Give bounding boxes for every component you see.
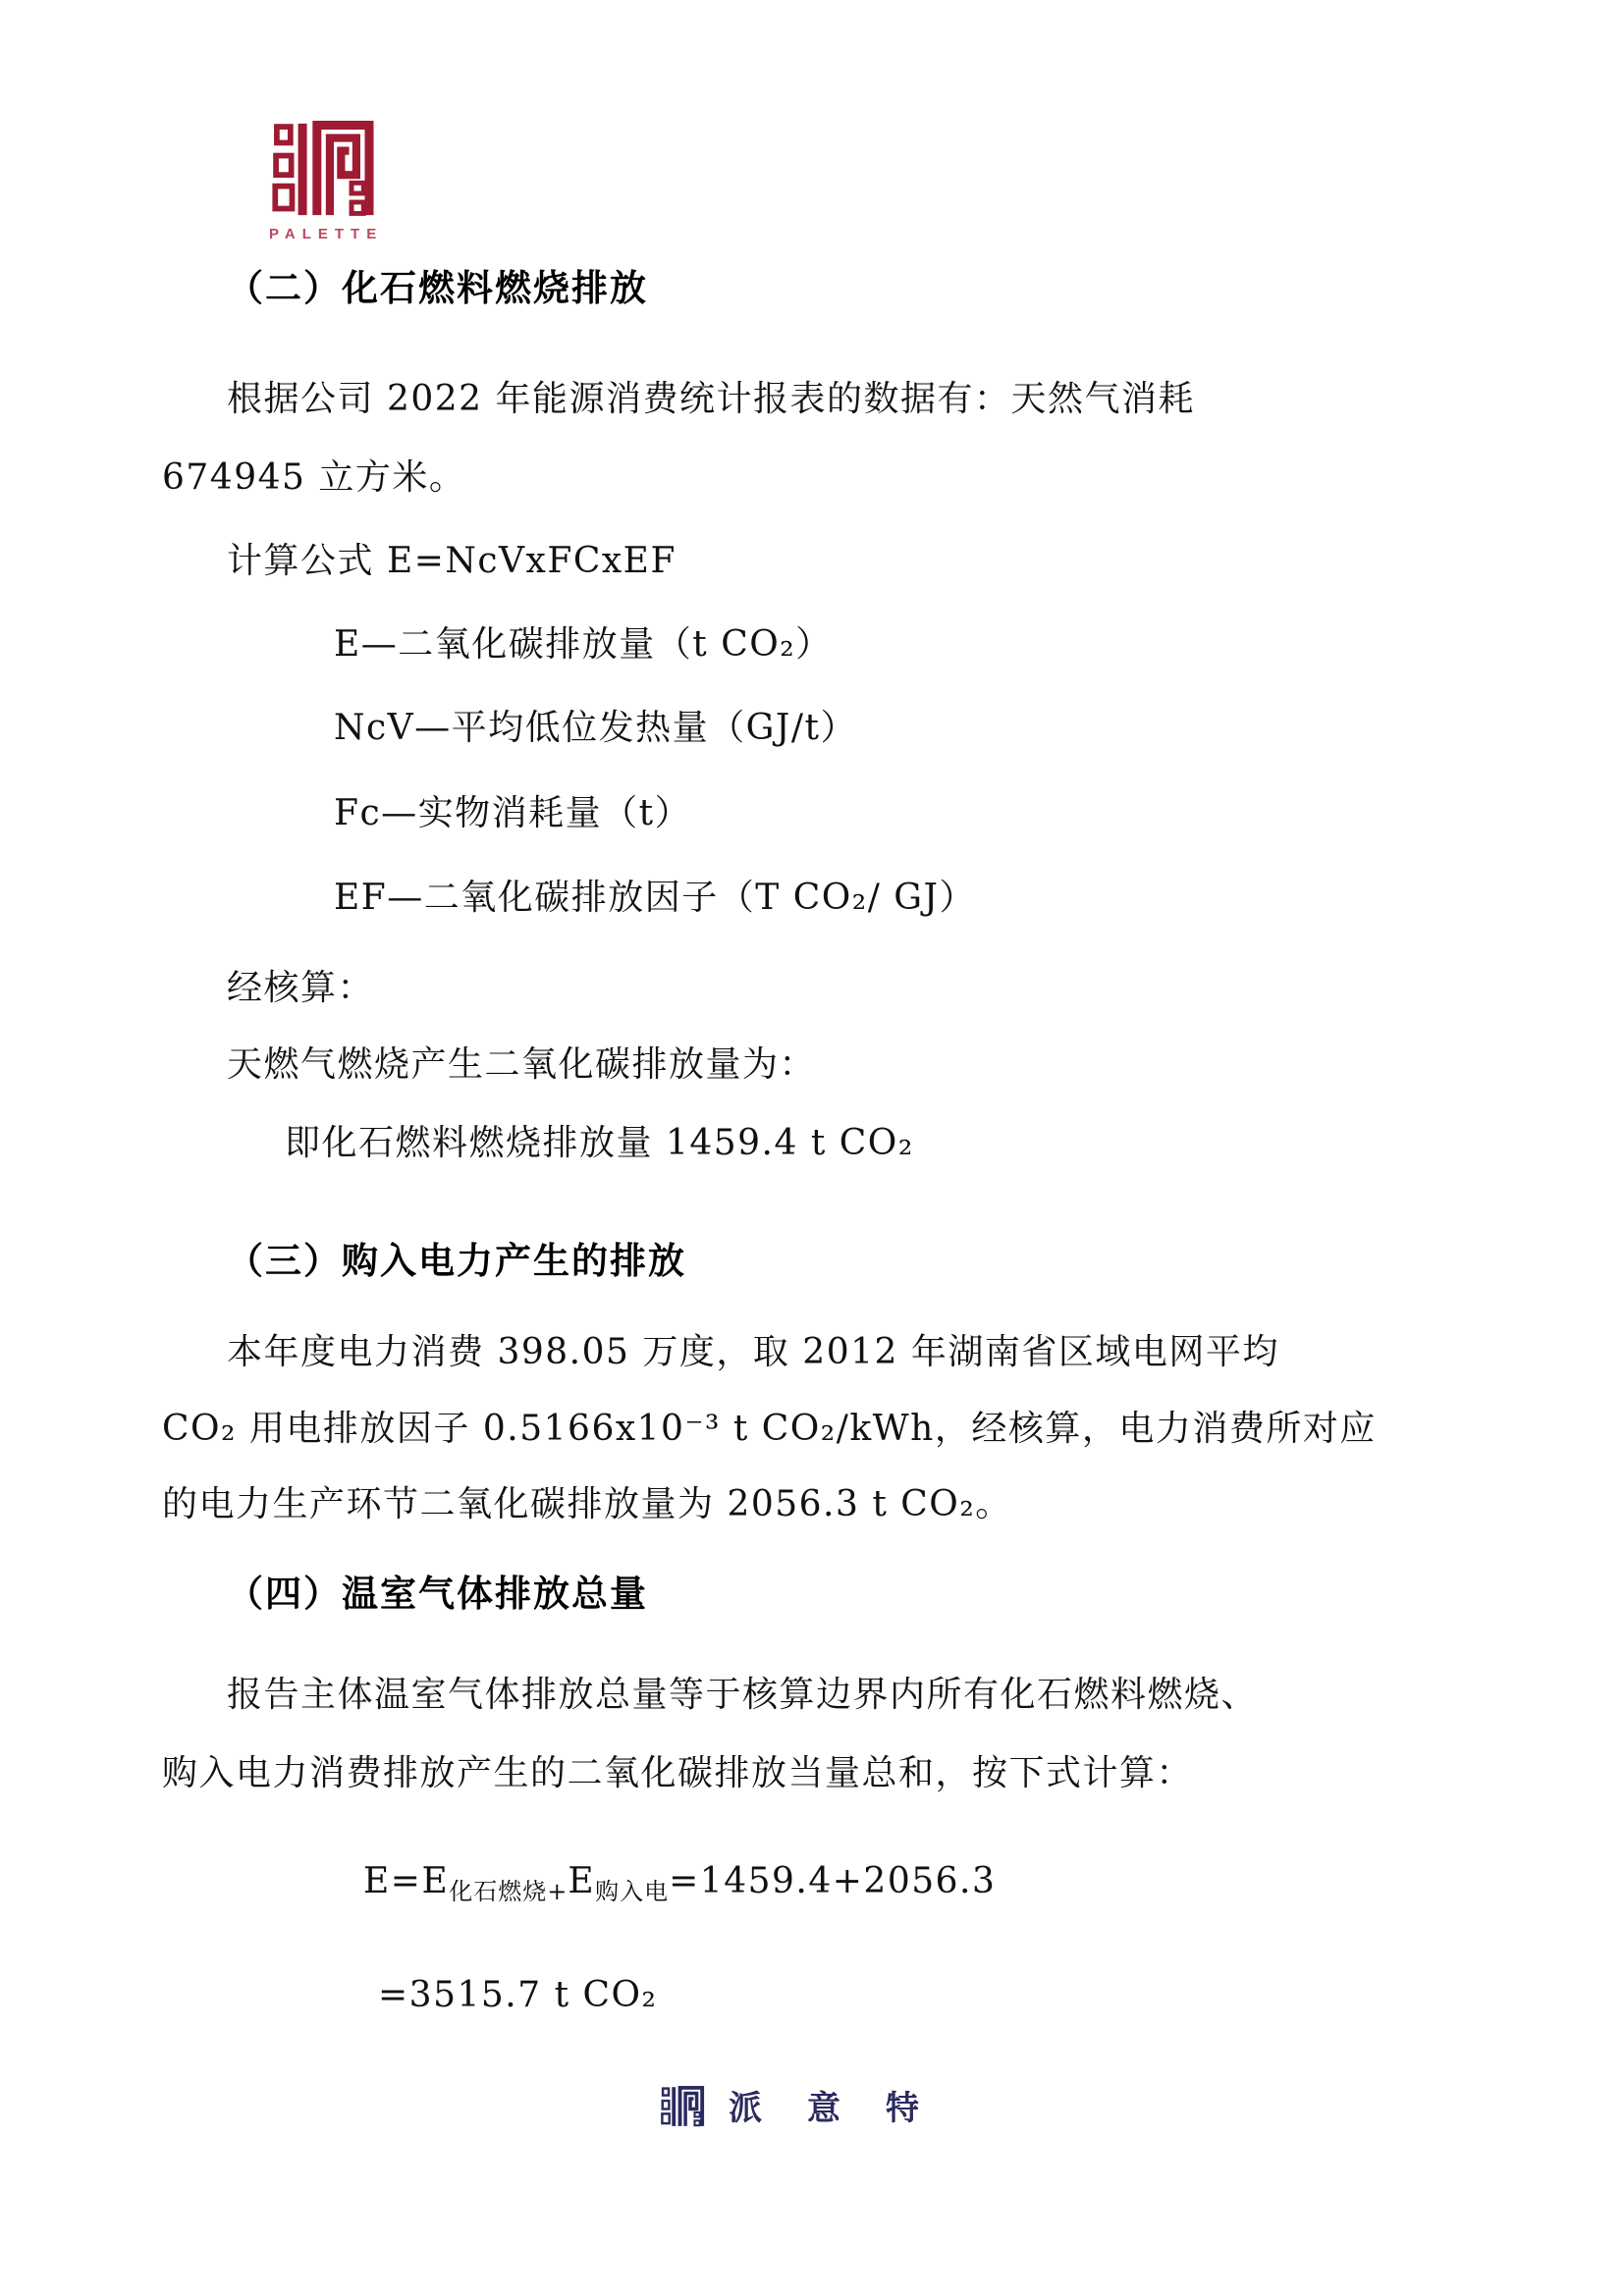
paiyite-maze-icon <box>660 2083 707 2128</box>
footer-brand: 派意特 <box>0 2081 1624 2129</box>
formula-subscript-power: 购入电 <box>595 1878 669 1905</box>
formula-intro-line: 计算公式 E=NcVxFCxEF <box>227 540 1468 583</box>
heading-fossil-fuel-emissions: （二）化石燃料燃烧排放 <box>227 265 1468 312</box>
palette-logo-text: PALETTE <box>269 226 385 242</box>
document-content: （二）化石燃料燃烧排放 根据公司 2022 年能源消费统计报表的数据有：天然气消… <box>162 265 1468 2017</box>
definition-NcV: NcV—平均低位发热量（GJ/t） <box>334 707 1468 750</box>
paiyite-logo-text: 派意特 <box>729 2081 964 2129</box>
fossil-result-line: 天燃气燃烧产生二氧化碳排放量为： <box>227 1043 1468 1087</box>
total-formula-line: E=E化石燃烧+E购入电=1459.4+2056.3 <box>363 1860 1468 1906</box>
heading-total-ghg-emissions: （四）温室气体排放总量 <box>227 1571 1468 1618</box>
fossil-intro-line1: 根据公司 2022 年能源消费统计报表的数据有：天然气消耗 <box>227 378 1468 421</box>
formula-subscript-fossil: 化石燃烧+ <box>449 1878 568 1905</box>
formula-part3: =1459.4+2056.3 <box>669 1861 996 1901</box>
total-result-line: =3515.7 t CO₂ <box>378 1974 1468 2017</box>
fossil-result-label: 经核算： <box>227 967 1468 1010</box>
total-body-line2: 购入电力消费排放产生的二氧化碳排放当量总和，按下式计算： <box>162 1752 1468 1795</box>
total-body-line1: 报告主体温室气体排放总量等于核算边界内所有化石燃料燃烧、 <box>227 1674 1468 1717</box>
formula-part1: E=E <box>363 1861 449 1901</box>
power-body-line1: 本年度电力消费 398.05 万度，取 2012 年湖南省区域电网平均 <box>227 1331 1468 1374</box>
power-body-line3: 的电力生产环节二氧化碳排放量为 2056.3 t CO₂。 <box>162 1483 1468 1526</box>
formula-part2: E <box>568 1861 595 1901</box>
palette-logo: PALETTE <box>269 114 385 242</box>
fossil-result-value: 即化石燃料燃烧排放量 1459.4 t CO₂ <box>285 1122 1468 1165</box>
palette-maze-icon <box>269 114 381 220</box>
definition-Fc: Fc—实物消耗量（t） <box>334 792 1468 835</box>
definition-E: E—二氧化碳排放量（t CO₂） <box>334 623 1468 667</box>
power-body-line2: CO₂ 用电排放因子 0.5166x10⁻³ t CO₂/kWh，经核算，电力消… <box>162 1408 1468 1451</box>
heading-purchased-power-emissions: （三）购入电力产生的排放 <box>227 1238 1468 1285</box>
document-page: PALETTE （二）化石燃料燃烧排放 根据公司 2022 年能源消费统计报表的… <box>0 0 1624 2296</box>
fossil-intro-line2: 674945 立方米。 <box>162 456 1468 500</box>
definition-EF: EF—二氧化碳排放因子（T CO₂/ GJ） <box>334 877 1468 920</box>
